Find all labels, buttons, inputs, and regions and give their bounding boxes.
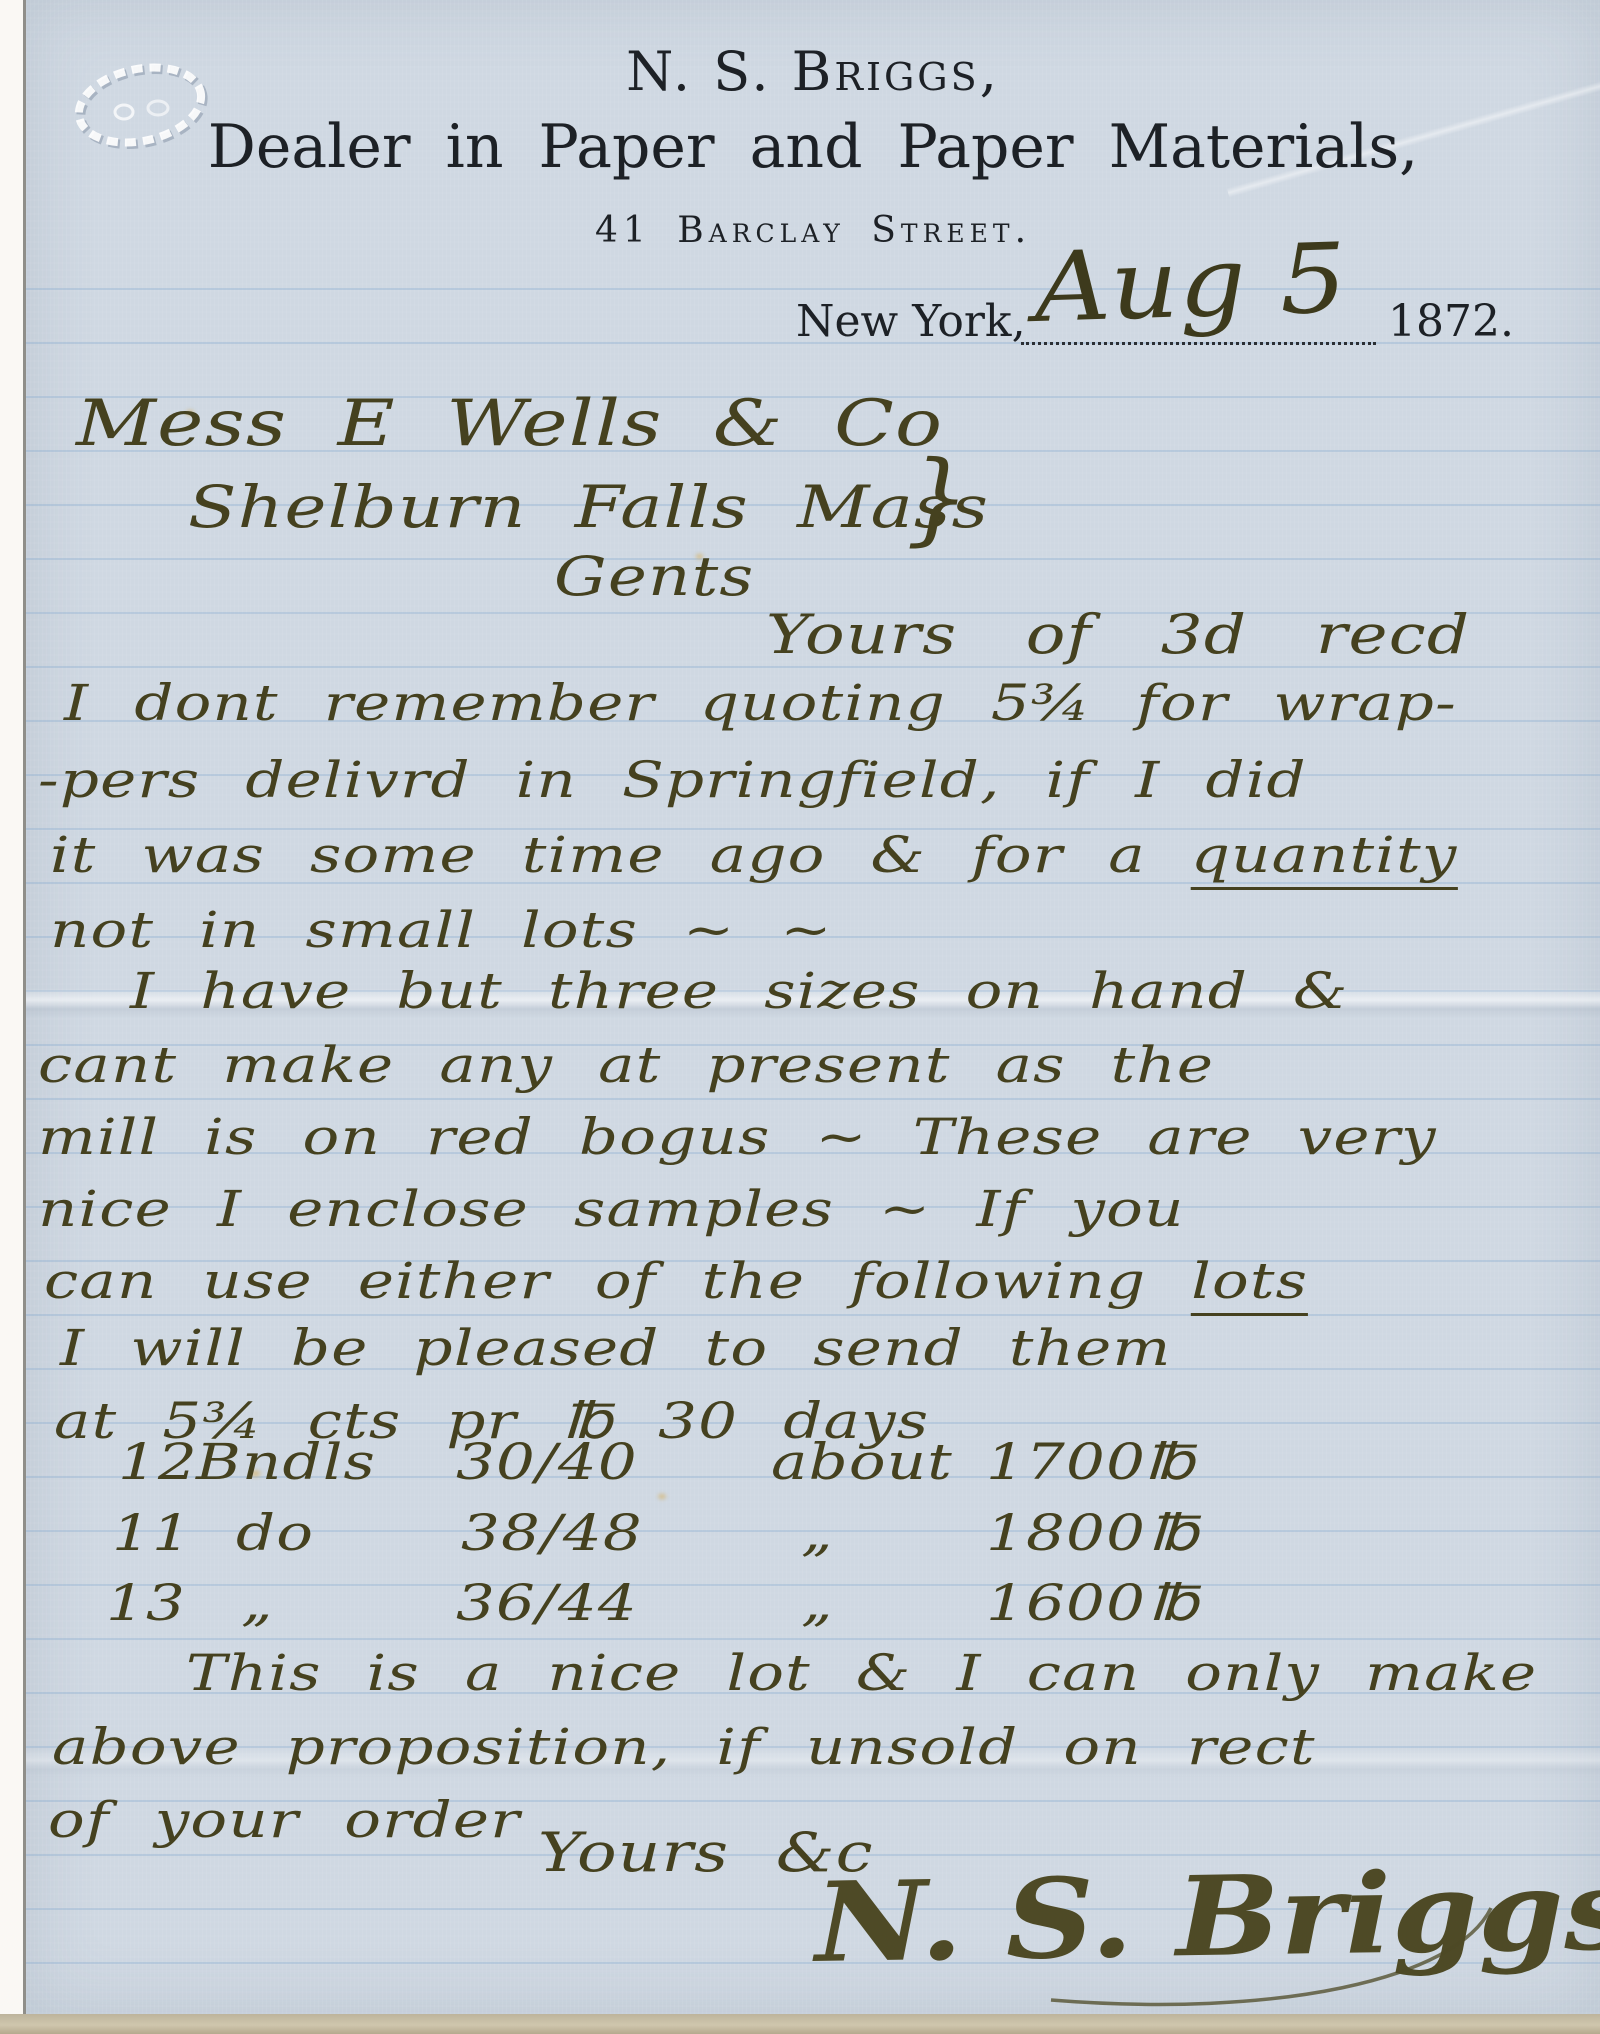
dateline-city: New York, bbox=[796, 296, 1026, 347]
body-line: -pers delivrd in Springfield, if I did bbox=[38, 755, 1307, 805]
weight-cell: 1700 bbox=[986, 1437, 1146, 1487]
body-text: of your order bbox=[48, 1791, 521, 1849]
body-line: not in small lots ~ ~ bbox=[50, 905, 833, 955]
scanner-background-strip bbox=[0, 0, 26, 2034]
table-row: 13 „ 36/44 „ 1600 ℔ bbox=[26, 1578, 1600, 1648]
table-row: 11 do 38/48 „ 1800 ℔ bbox=[26, 1508, 1600, 1578]
note-cell: „ bbox=[801, 1508, 834, 1558]
recipient-name: Mess E Wells & Co bbox=[76, 392, 943, 456]
body-line: above proposition, if unsold on rect bbox=[52, 1722, 1316, 1772]
dateline-year: 1872. bbox=[1388, 296, 1514, 347]
size-cell: 30/40 bbox=[456, 1437, 638, 1487]
scan-bottom-edge bbox=[0, 2014, 1600, 2034]
note-cell: about bbox=[771, 1437, 953, 1487]
unit-cell: „ bbox=[241, 1578, 274, 1628]
qty-cell: 11 bbox=[112, 1508, 192, 1558]
body-text: I will be pleased to send them bbox=[60, 1319, 1172, 1377]
body-text: above proposition, if unsold on rect bbox=[52, 1718, 1316, 1776]
qty-cell: 13 bbox=[106, 1578, 186, 1628]
unit-cell: Bndls bbox=[196, 1437, 376, 1487]
pound-symbol: ℔ bbox=[1144, 1437, 1195, 1487]
pound-symbol: ℔ bbox=[1148, 1508, 1199, 1558]
letterhead-address: 41 Barclay Street. bbox=[26, 210, 1600, 251]
body-text: mill is on red bogus ~ These are very bbox=[38, 1108, 1437, 1166]
size-cell: 36/44 bbox=[456, 1578, 638, 1628]
body-text: it was some time ago & for a bbox=[50, 826, 1191, 884]
body-line: of your order bbox=[48, 1795, 521, 1845]
body-line: This is a nice lot & I can only make bbox=[186, 1648, 1537, 1698]
body-line: it was some time ago & for a quantity bbox=[50, 830, 1458, 880]
letterhead-tagline: Dealer in Paper and Paper Materials, bbox=[26, 112, 1600, 182]
table-row: 12 Bndls 30/40 about 1700 ℔ bbox=[26, 1437, 1600, 1507]
opening-line: Yours of 3d recd bbox=[766, 608, 1470, 662]
address-brace: } bbox=[906, 448, 970, 548]
body-line: I dont remember quoting 5¾ for wrap- bbox=[64, 678, 1457, 728]
body-line: mill is on red bogus ~ These are very bbox=[38, 1112, 1437, 1162]
body-line: can use either of the following lots bbox=[44, 1256, 1308, 1306]
qty-cell: 12 bbox=[118, 1437, 198, 1487]
letterhead-company: N. S. Briggs, bbox=[26, 40, 1600, 103]
handwritten-date: Aug 5 bbox=[1032, 230, 1348, 336]
body-text: I have but three sizes on hand & bbox=[130, 962, 1349, 1020]
salutation: Gents bbox=[554, 550, 754, 604]
body-line: I have but three sizes on hand & bbox=[130, 966, 1349, 1016]
signature: N. S. Briggs bbox=[814, 1855, 1600, 1978]
pound-symbol: ℔ bbox=[1148, 1578, 1199, 1628]
scanned-letter-page: { "letterhead": { "company": "N. S. Brig… bbox=[0, 0, 1600, 2034]
body-line: nice I enclose samples ~ If you bbox=[38, 1184, 1185, 1234]
unit-cell: do bbox=[236, 1508, 314, 1558]
body-text: can use either of the following bbox=[44, 1252, 1191, 1310]
weight-cell: 1800 bbox=[986, 1508, 1146, 1558]
recipient-location: Shelburn Falls Mass bbox=[188, 478, 989, 536]
body-text: -pers delivrd in Springfield, if I did bbox=[38, 751, 1307, 809]
note-cell: „ bbox=[801, 1578, 834, 1628]
body-text: nice I enclose samples ~ If you bbox=[38, 1180, 1185, 1238]
underlined-word: lots bbox=[1191, 1252, 1308, 1316]
body-line: cant make any at present as the bbox=[38, 1040, 1214, 1090]
underlined-word: quantity bbox=[1191, 826, 1458, 890]
body-text: I dont remember quoting 5¾ for wrap- bbox=[64, 674, 1457, 732]
weight-cell: 1600 bbox=[986, 1578, 1146, 1628]
body-text: cant make any at present as the bbox=[38, 1036, 1214, 1094]
body-text: This is a nice lot & I can only make bbox=[186, 1644, 1537, 1702]
body-text: not in small lots ~ ~ bbox=[50, 901, 833, 959]
letter-paper: N. S. Briggs, Dealer in Paper and Paper … bbox=[26, 0, 1600, 2014]
body-line: I will be pleased to send them bbox=[60, 1323, 1172, 1373]
size-cell: 38/48 bbox=[461, 1508, 643, 1558]
